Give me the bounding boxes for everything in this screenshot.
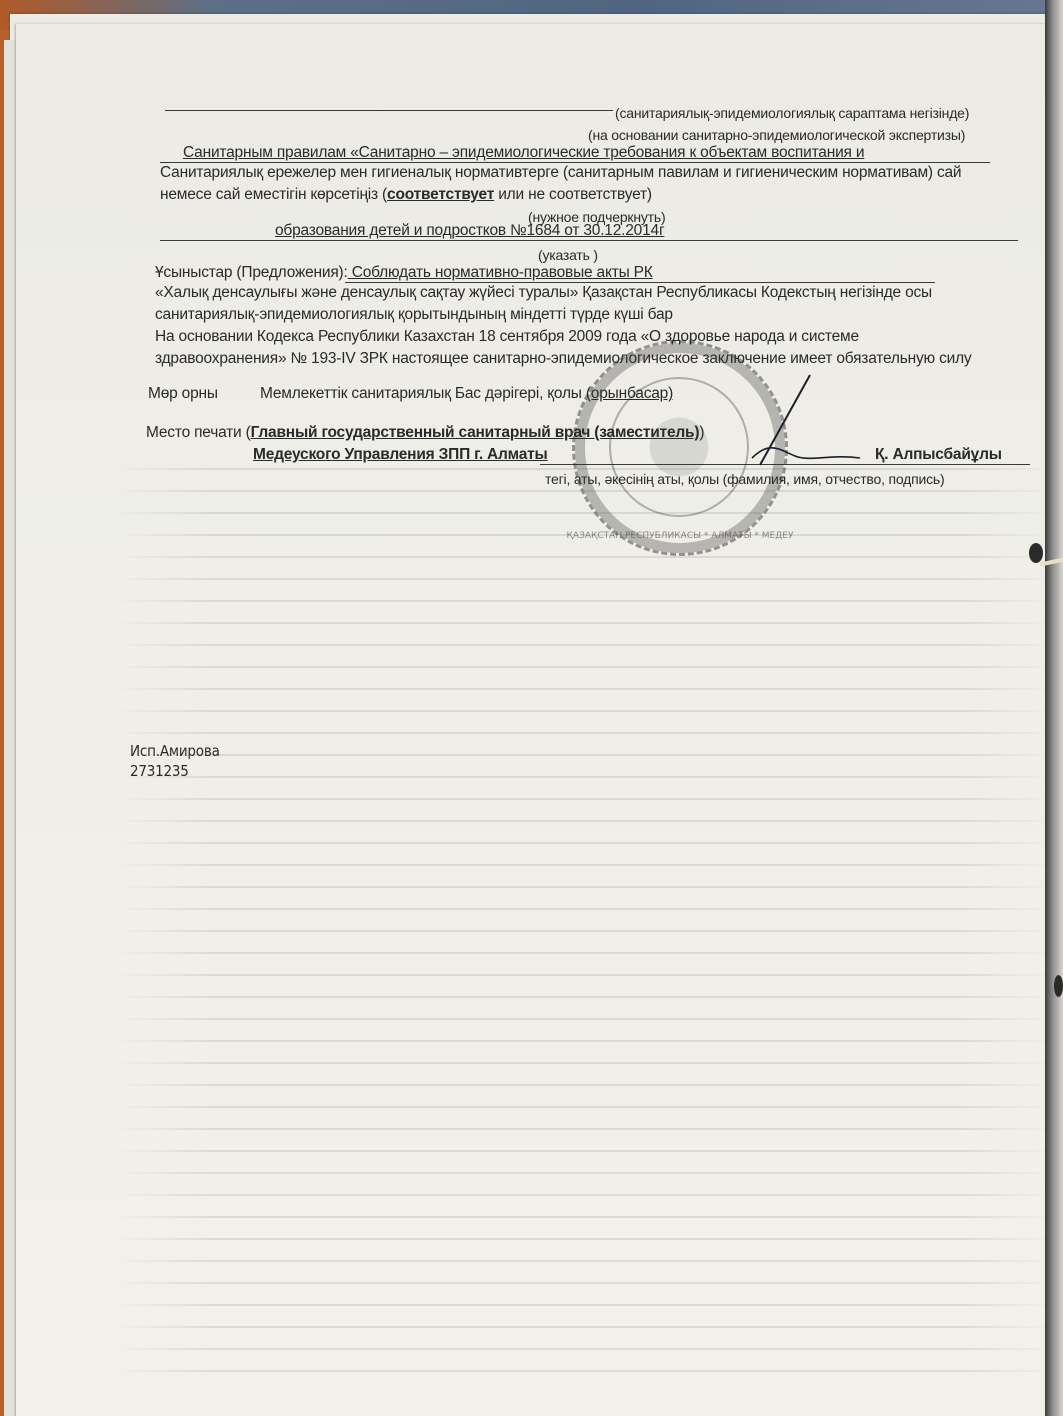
stamp-text: ҚАЗАҚСТАН РЕСПУБЛИКАСЫ * АЛМАТЫ * МЕДЕУ — [567, 531, 794, 541]
seal-place-ru-label: Место печати ( — [146, 424, 251, 441]
proposals-label: Ұсыныстар (Предложения): — [155, 264, 348, 281]
blank-line — [165, 110, 613, 111]
signer-department: Медеуского Управления ЗПП г. Алматы — [253, 446, 548, 464]
ru-caption: (на основании санитарно-эпидемиологическ… — [588, 126, 965, 144]
signer-title-kz-prefix: Мемлекеттік санитариялық Бас дәрігері, қ… — [260, 385, 586, 402]
compliance-line-1: Санитариялық ережелер мен гигиеналық нор… — [160, 164, 961, 182]
proposals: Ұсыныстар (Предложения): Соблюдать норма… — [155, 264, 653, 282]
compliance-selected: соответствует — [387, 186, 494, 203]
compliance-prefix: немесе сай еместігін көрсетіңіз ( — [160, 186, 387, 203]
signer-department-text: Медеуского Управления ЗПП г. Алматы — [253, 446, 548, 463]
handwritten-signature — [740, 370, 860, 470]
ru-legal-2: здравоохранения» № 193-IV ЗРК настоящее … — [155, 350, 971, 368]
stamp-emblem — [609, 377, 749, 517]
document-content: (санитариялық-эпидемиологиялық сараптама… — [0, 0, 1063, 1416]
ru-legal-1: На основании Кодекса Республики Казахста… — [155, 328, 859, 346]
signer-name: Қ. Алпысбайұлы — [875, 446, 1002, 464]
kz-caption: (санитариялық-эпидемиологиялық сараптама… — [615, 104, 969, 122]
compliance-line-2: немесе сай еместігін көрсетіңіз (соответ… — [160, 186, 652, 204]
compliance-suffix: или не соответствует) — [494, 186, 652, 203]
specify-hint: (указать ) — [538, 246, 598, 264]
executor: Исп.Амирова — [130, 742, 220, 760]
rules-underline — [160, 162, 990, 163]
rules-line-2: образования детей и подростков №1684 от … — [275, 222, 664, 240]
proposals-underline — [345, 282, 935, 283]
rules-text: Санитарным правилам «Санитарно – эпидеми… — [183, 144, 864, 161]
rules-line: Санитарным правилам «Санитарно – эпидеми… — [183, 144, 864, 162]
proposals-value: Соблюдать нормативно-правовые акты РК — [348, 264, 653, 281]
executor-phone: 2731235 — [130, 762, 189, 780]
kz-legal-2: санитариялық-эпидемиологиялық қорытындын… — [155, 306, 673, 324]
kz-legal-1: «Халық денсаулығы және денсаулық сақтау … — [155, 284, 932, 302]
rules-line-2-underline — [160, 240, 1018, 241]
seal-place-kz: Мөр орны — [148, 385, 218, 403]
rules-line-2-text: образования детей и подростков №1684 от … — [275, 222, 664, 239]
